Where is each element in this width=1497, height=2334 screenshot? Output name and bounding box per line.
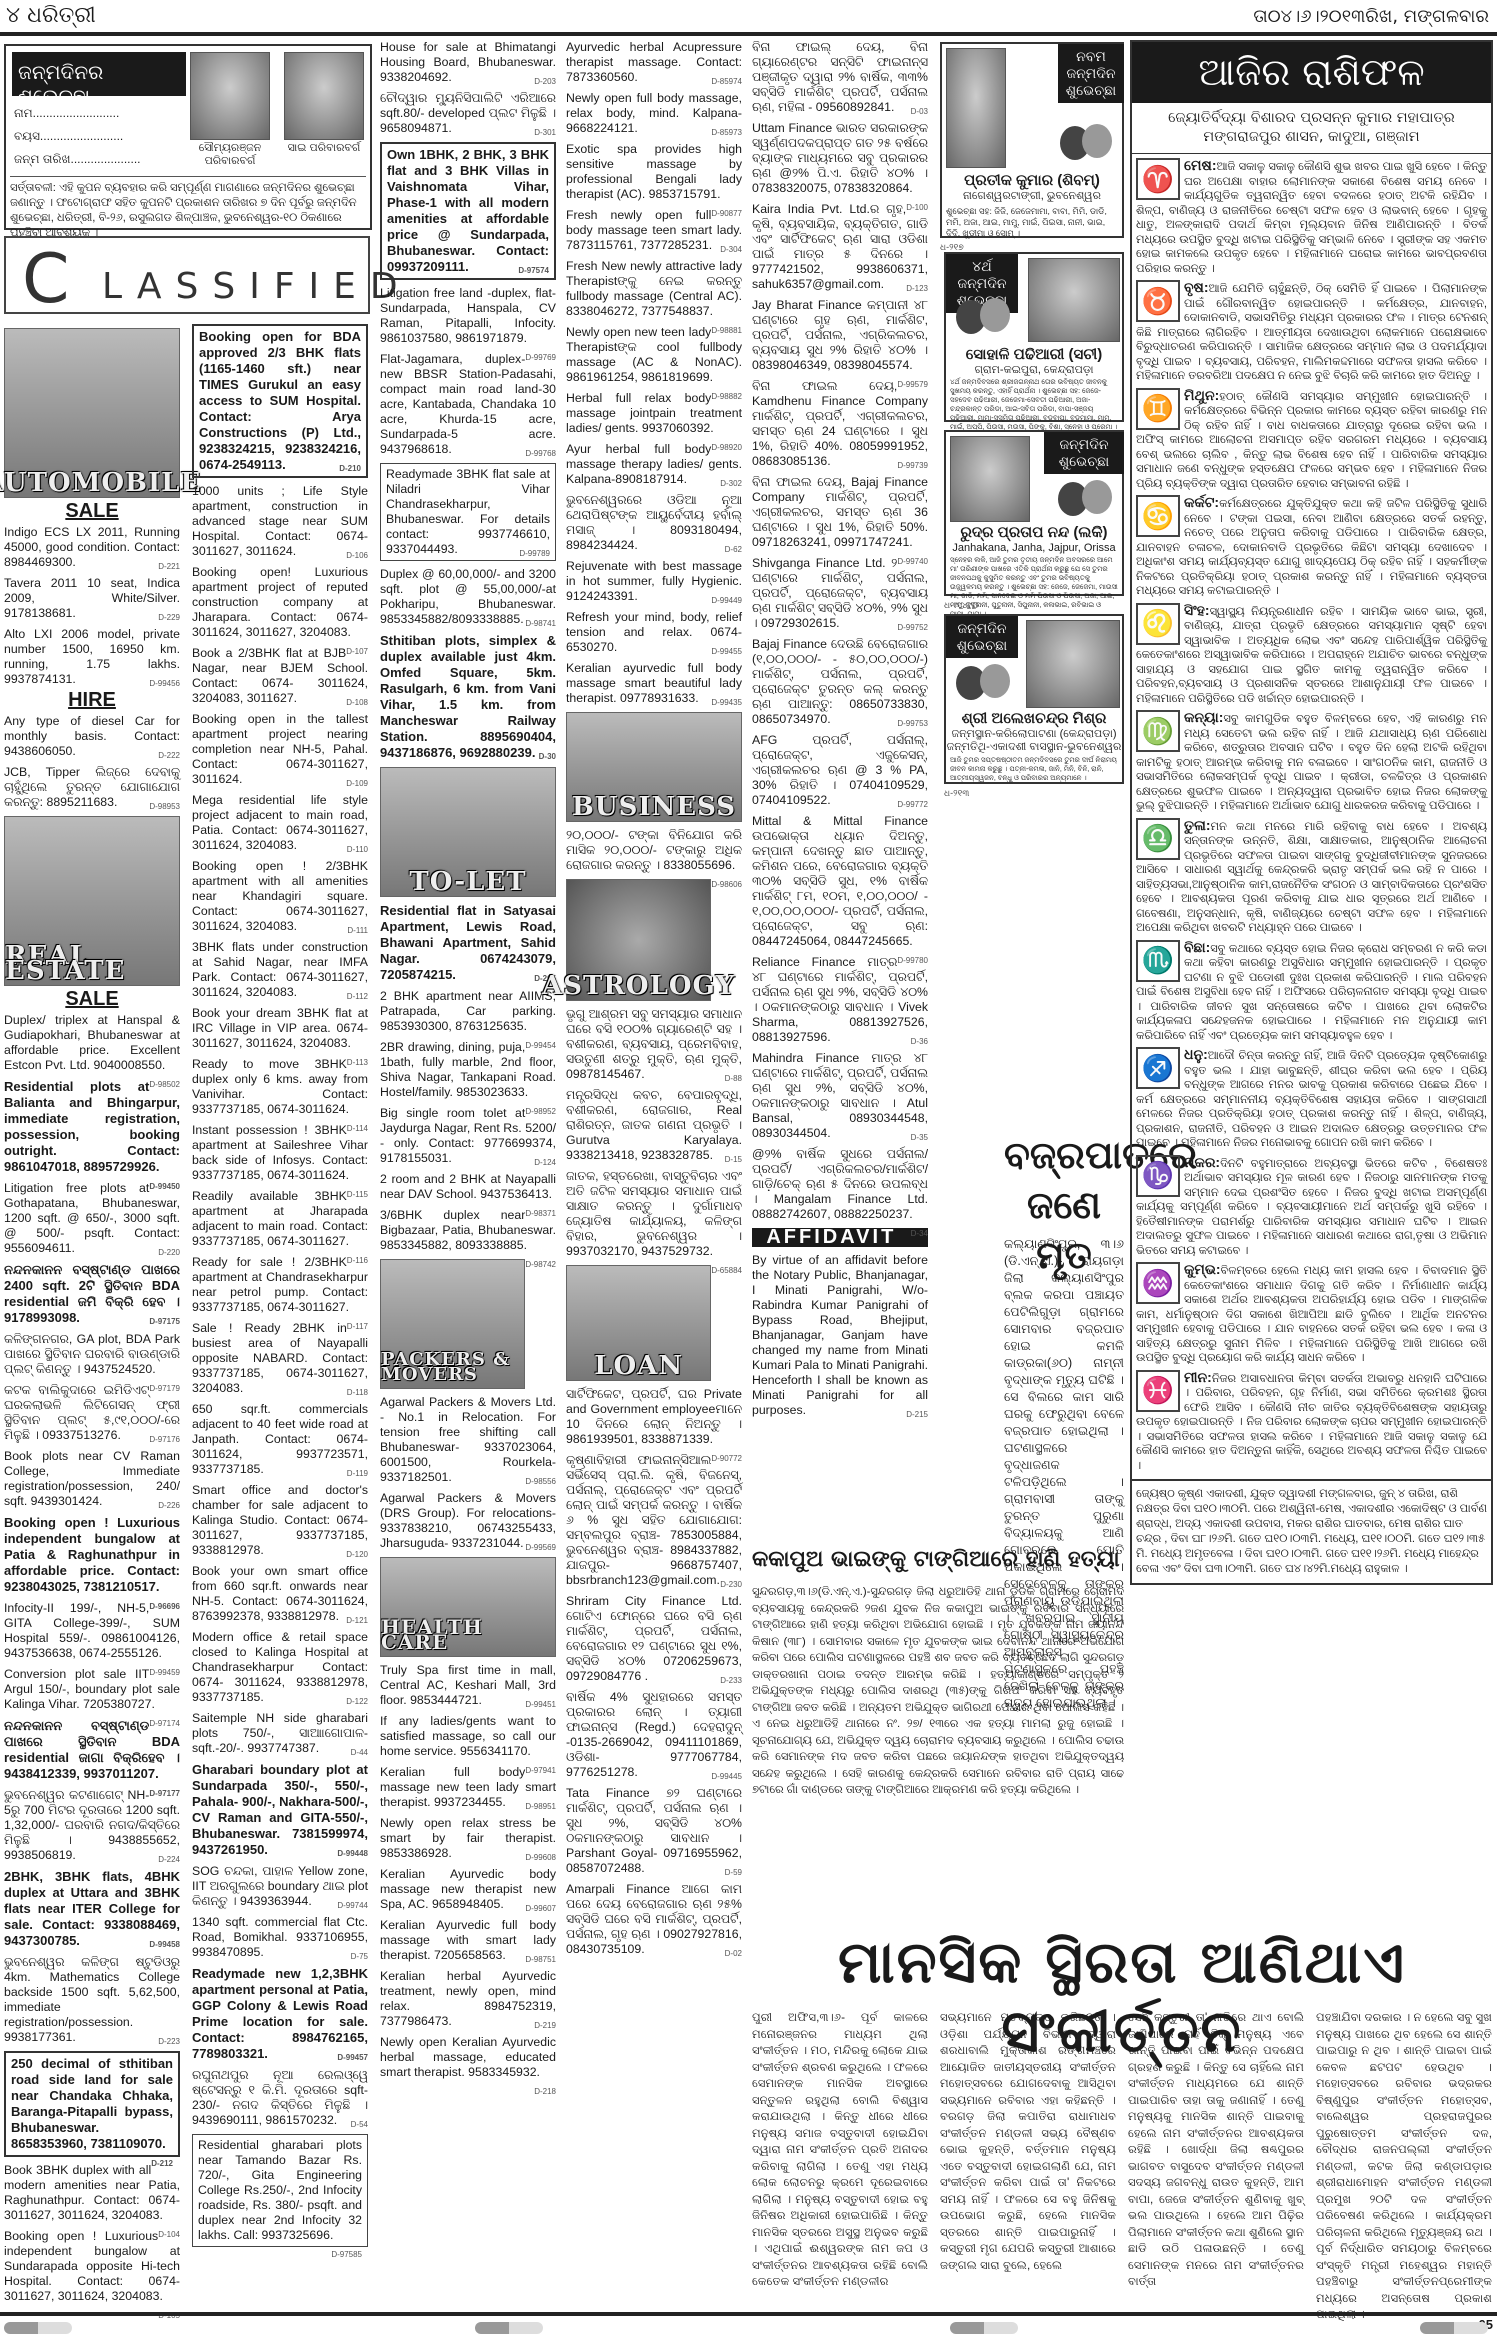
ad-code: D-123	[906, 281, 928, 296]
affidavit-notice: By virtue of an affidavit before the Not…	[752, 1253, 928, 1418]
classified-ad: Tata Finance ୭୨ ଘଣ୍ଟାରେ ମାର୍କଶିଟ୍, ପ୍ରପର…	[566, 1786, 742, 1876]
classified-ad: Residential plots at Balianta and Bhinga…	[4, 1079, 180, 1175]
ad-code: D-121	[346, 1613, 368, 1628]
packers-label: PACKERS & MOVERS	[381, 1352, 524, 1388]
balloon-icon	[980, 298, 1010, 332]
classified-ad: କଳିଙ୍ଗନଗର, GA plot, BDA Park ପାଖରେ ସ୍ଥିତ…	[4, 1332, 180, 1377]
ad-code: D-90877	[711, 206, 742, 221]
leo-icon: ♌	[1136, 603, 1180, 645]
birthday-coupon: ଜନ୍ମଦିନର ଶୁଭେଚ୍ଛା ନାମ...................…	[4, 44, 372, 230]
sign-name: ସିଂହ:	[1184, 602, 1210, 618]
wish-card-4: ଜନ୍ମଦିନ ଶୁଭେଚ୍ଛା ଶ୍ରୀ ଅଲେଖଚନ୍ଦ୍ର ମିଶ୍ର ଜ…	[944, 614, 1124, 784]
wish-photo-1	[946, 48, 1006, 168]
classified-ad: Duplex/ triplex at Hanspal & Gudiapokhar…	[4, 1013, 180, 1073]
news-column: ପହଞ୍ଚାଯିବା ଦରକାର । ନ ହେଲେ ସବୁ ସୁଖ ମନୁଷ୍ୟ…	[1316, 2010, 1492, 2324]
sign-name: କୁମ୍ଭ:	[1184, 1261, 1221, 1277]
ad-code: D-117	[347, 1319, 368, 1334]
wish-name-3: ରୁଦ୍ର ପ୍ରତାପ ନନ୍ଦ (ଲକି)	[946, 524, 1122, 541]
ad-code: D-109	[346, 776, 368, 791]
ad-code: D-65884	[711, 1263, 742, 1278]
classified-ad: Alto LXI 2006 model, private number 1500…	[4, 627, 180, 687]
classified-ad: ବିନା ଫାଇଲ୍ ଦେୟ, ବିନା ଗ୍ୟାରେଣ୍ଟର ସନ୍‌ସିଟି…	[752, 40, 928, 115]
ad-code: D-218	[534, 2084, 556, 2099]
classified-ad: Litigation free land -duplex, flat-Sunda…	[380, 286, 556, 346]
column-automobile-realestate: AUTOMOBILE SALE Indigo ECS LX 2011, Runn…	[4, 324, 180, 2323]
footer-tab-decoration	[475, 2322, 543, 2334]
ad-code: D-229	[158, 610, 180, 625]
classified-ad: Mega residential life style project adja…	[192, 793, 368, 853]
classified-ad: Keralian Ayurvedic full body massage wit…	[380, 1918, 556, 1963]
ad-code: D-98742	[525, 1257, 556, 1272]
coupon-title: ଜନ୍ମଦିନର ଶୁଭେଚ୍ଛା	[12, 52, 186, 96]
ad-code: D-99456	[149, 676, 180, 691]
classified-ad: Booking open ! 2/3BHK apartment with all…	[192, 859, 368, 934]
column-finance: ବିନା ଫାଇଲ୍ ଦେୟ, ବିନା ଗ୍ୟାରେଣ୍ଟର ସନ୍‌ସିଟି…	[752, 40, 928, 1424]
ad-code: D-98741	[525, 616, 556, 631]
classified-ad: Book plots near CV Raman College, Immedi…	[4, 1449, 180, 1509]
ad-code: D-98952	[525, 1104, 556, 1119]
ad-code: D-104	[158, 2227, 180, 2242]
column-tolet-packers-health: House for sale at Bhimatangi Housing Boa…	[380, 40, 556, 2099]
sign-name: ମେଷ:	[1184, 157, 1216, 173]
classified-ad: Newly open relax stress be smart by fair…	[380, 1816, 556, 1861]
horoscope-sign: ♑ମକର:ଦିନଟି ବହୁମାତ୍ରାରେ ଅବ୍ୟବସ୍ଥା ଭିତରେ କ…	[1132, 1155, 1491, 1259]
classified-ad: Book your dream 3BHK flat at IRC Village…	[192, 1006, 368, 1051]
capricorn-icon: ♑	[1136, 1155, 1180, 1197]
wish-tag-3: ଜନ୍ମଦିନ ଶୁଭେଚ୍ଛା	[1044, 432, 1124, 474]
ad-code: D-301	[534, 125, 556, 140]
classified-ad: Exotic spa provides high sensitive massa…	[566, 142, 742, 202]
horoscope-sign: ♌ସିଂହ:ସ୍ୱାସ୍ଥ୍ୟ ନିୟନ୍ତ୍ରଣାଧୀନ ରହିବ । ସାମ…	[1132, 603, 1491, 707]
classified-ad: ମନ୍ତ୍ରସିଦ୍ଧ କବଚ, ବେପାରବୃଦ୍ଧି, ବଶୀକରଣ, ରୋ…	[566, 1088, 742, 1163]
news-column: ସେହି କସ୍ତୁରୀ ତା' ନାଭିରେ ଥାଏ ବୋଲି ଜାଣିପାର…	[1128, 2010, 1304, 2324]
classified-ad: Keralian ayurvedic full body massage sma…	[566, 661, 742, 706]
ad-code: D-99451	[525, 1697, 556, 1712]
ad-code: D-96696	[149, 1599, 180, 1615]
ad-code: D-99753	[897, 716, 928, 731]
classified-ad: 250 decimal of sthitiban road side land …	[4, 2051, 180, 2157]
ad-code: D-15	[725, 1152, 742, 1167]
horoscope-sign: ♓ମୀନ:ନିଜର ଅସାବଧାନତା କିମ୍ବା ସତର୍କତା ଅଭାବର…	[1132, 1370, 1491, 1474]
virgo-icon: ♍	[1136, 710, 1180, 752]
healthcare-image: HEALTH CARE	[380, 1557, 556, 1657]
wish-address-4: ଜନ୍ମସ୍ଥାନ-କରିଲୋପାଟଣା (କେନ୍ଦ୍ରାପଡ଼ା) ଜନ୍ମ…	[946, 728, 1122, 754]
classified-ad: If any ladies/gents want to satisfied ma…	[380, 1714, 556, 1759]
wish-tag-4: ଜନ୍ମଦିନ ଶୁଭେଚ୍ଛା	[946, 616, 1018, 658]
wish-code-4: ଧ-୨୧୩	[944, 788, 969, 799]
classified-ad: Uttam Finance ଭାରତ ସରକାରଙ୍କ ସ୍ୱର୍ଣ୍ଣପଦକପ…	[752, 121, 928, 196]
scorpio-icon: ♏	[1136, 940, 1180, 982]
classified-ad: Bajaj Finance ଦେଉଛି ବେରୋଜଗାର (୧,୦୦,୦୦୦/-…	[752, 637, 928, 727]
classified-ad: Newly open full body massage, relax body…	[566, 91, 742, 136]
ad-code: D-119	[347, 1466, 368, 1481]
classified-ad: Readymade new 1,2,3BHK apartment persona…	[192, 1966, 368, 2062]
ad-code: D-30	[539, 749, 556, 765]
classified-ad: Amarpali Finance ଆଗେ କାମ ପରେ ଦେୟ ବେରୋଜଗା…	[566, 1882, 742, 1957]
footer-tab-decoration	[4, 2322, 72, 2334]
wish-address-2: ଗ୍ରାମ-କଇପୁରା, କେନ୍ଦ୍ରାପଡ଼ା	[946, 364, 1122, 377]
ad-code: D-02	[725, 1946, 742, 1961]
coupon-field-age: ବୟସ.........................	[14, 129, 123, 144]
ad-code: D-35	[911, 1130, 928, 1145]
classified-ad: ସାର୍ଟିଫିକେଟ, ପ୍ରପର୍ଟି, ଘର Private and Go…	[566, 1387, 742, 1447]
horoscope-byline: ଜ୍ୟୋତିର୍ବିଦ୍ୟା ବିଶାରଦ ପ୍ରସନ୍ନ କୁମାର ମହାପ…	[1132, 103, 1491, 154]
classified-logo-letter: C	[22, 240, 69, 319]
wish-note-4: ଆଜି ତୁମର ସପ୍ତଷଷ୍ଠୀତମ ଜନ୍ମଦିବସରେ ତୁମର ଦୀର…	[950, 756, 1118, 783]
wish-tag-1: ନବମ ଜନ୍ମଦିନ ଶୁଭେଚ୍ଛା	[1058, 44, 1124, 103]
classified-ad: Residential flat in Satyasai Apartment, …	[380, 903, 556, 983]
ad-code: D-98371	[525, 1206, 556, 1221]
page-label: ୪ ଧରିତ୍ରୀ	[6, 3, 96, 28]
classified-ad: ନନ୍ଦନକାନନ ବସ୍‌ଷ୍ଟାଣ୍ଡ ପାଖରେ 2400 sqft. 2…	[4, 1262, 180, 1326]
classified-ad: Tavera 2011 10 seat, Indica 2009, White/…	[4, 576, 180, 621]
news-column: ସଭ୍ୟମାନେ ମତବ୍ୟକ୍ତ କରିଛନ୍ତି । ଓଡ଼ିଶା ପର୍ଯ…	[940, 2010, 1116, 2324]
child-photo-2	[284, 52, 364, 140]
ad-code: D-97574	[518, 263, 549, 279]
ad-code: D-124	[534, 1155, 556, 1170]
ad-code: D-99435	[711, 695, 742, 710]
wish-card-3: ଜନ୍ମଦିନ ଶୁଭେଚ୍ଛା ରୁଦ୍ର ପ୍ରତାପ ନନ୍ଦ (ଲକି)…	[944, 430, 1124, 596]
ad-code: D-59	[725, 1865, 742, 1880]
classified-ad: Fresh New newly attractive lady Therapis…	[566, 259, 742, 319]
ad-code: D-99445	[711, 1769, 742, 1784]
classified-ad: @୨% ବାର୍ଷିକ ସୁଧରେ ପର୍ସନାଲ/ପ୍ରପର୍ଟି/ ଏଗ୍ର…	[752, 1147, 928, 1222]
horoscope-sign: ♋କର୍କଟ:କର୍ମକ୍ଷେତ୍ରରେ ଯୁକ୍ତିଯୁକ୍ତ କଥା କହି…	[1132, 495, 1491, 599]
child-photo-1	[190, 52, 270, 140]
classified-ad: 1000 units ; Life Style apartment, const…	[192, 484, 368, 559]
taurus-icon: ♉	[1136, 280, 1180, 322]
aries-icon: ♈	[1136, 158, 1180, 200]
classified-ad: ରଘୁନାଥପୁର ନୂଆ ରେଲଓ୍ୱେ ଷ୍ଟେସନ୍‌ରୁ ୧ କି.ମି…	[192, 2068, 368, 2128]
classified-ad: Book 3BHK duplex with all modern ameniti…	[4, 2163, 180, 2223]
classified-ad: Indigo ECS LX 2011, Running 45000, good …	[4, 525, 180, 570]
packers-image: PACKERS & MOVERS	[380, 1259, 525, 1389]
cancer-icon: ♋	[1136, 495, 1180, 537]
pisces-icon: ♓	[1136, 1370, 1180, 1412]
classified-ad: Book a 2/3BHK flat at BJB Nagar, near BJ…	[192, 646, 368, 706]
classified-ad: ଚୌଦ୍ୱାର ମ୍ୟୁନିସିପାଲିଟି ଏରିଆରେ sqft.80/- …	[380, 91, 556, 136]
ad-code: D-98882	[711, 389, 742, 404]
ad-code: D-98556	[525, 1474, 556, 1489]
sign-name: କନ୍ୟା:	[1184, 709, 1223, 725]
ad-code: D-99459	[149, 1665, 180, 1680]
header-rule	[0, 32, 1497, 36]
classified-ad: Jay Bharat Finance କମ୍ପାନୀ ୪୮ ଘଣ୍ଟାରେ ଗୃ…	[752, 298, 928, 373]
section-heading-sale: SALE	[4, 504, 180, 519]
classified-ad: ଭୁବନେଶ୍ୱରରେ ଓଡିଆ ନୂଆ ଥେରାପିଷ୍ଟଙ୍କ ଆୟୁର୍ବ…	[566, 493, 742, 553]
horoscope-sign: ♏ବିଛା:ସବୁ କଥାରେ ବ୍ୟସ୍ତ ହୋଇ ନିଜର କ୍ରୋଧ ସମ…	[1132, 940, 1491, 1044]
section-heading-hire: HIRE	[4, 693, 180, 708]
classified-ad: ଜାତକ, ହସ୍ତରେଖା, ବାସ୍ତୁବିଚାର ଏବଂ ଅତି ଜଟିଳ…	[566, 1169, 742, 1259]
libra-icon: ♎	[1136, 818, 1180, 860]
classified-ad: ବାର୍ଷିକ 4% ସୁଧହାରରେ ସମସ୍ତ ପ୍ରକାରର ଲୋନ୍ ।…	[566, 1690, 742, 1780]
classified-ad: ବିନା ଫାଇଲ ଦେୟ, Bajaj Finance Company ମାର…	[752, 475, 928, 550]
classified-ad: Any type of diesel Car for monthly basis…	[4, 714, 180, 759]
balloon-icon	[1082, 124, 1112, 158]
ad-code: D-302	[720, 476, 742, 491]
classified-ad: Booking open for BDA approved 2/3 BHK fl…	[192, 324, 368, 478]
classified-ad: Sale ! Ready 2BHK in busiest area of Nay…	[192, 1321, 368, 1396]
classified-ad: Reliance Finance ମାତ୍ର ୪୮ ଘଣ୍ଟାରେ ମାର୍କଶ…	[752, 955, 928, 1045]
column-health-business-astrology-loan: Ayurvedic herbal Acupressure therapist m…	[566, 40, 742, 1963]
ad-code: D-203	[534, 74, 556, 89]
business-label: BUSINESS	[572, 800, 736, 821]
ad-code: D-107	[346, 644, 368, 659]
classified-ad: Refresh your mind, body, relief tension …	[566, 610, 742, 655]
footer-rule	[0, 2312, 1497, 2316]
classified-ad: Saitemple NH side gharabari plots 750/-,…	[192, 1711, 368, 1756]
ad-code: D-98502	[149, 1077, 180, 1092]
horoscope-sign: ♈ମେଷ:ଆଜି ସକାଳୁ ସକାଳୁ କୌଣସି ଶୁଭ ଖବର ପାଇ ଖ…	[1132, 158, 1491, 276]
section-heading-realestate-sale: SALE	[4, 992, 180, 1007]
ad-code: D-116	[347, 1253, 368, 1268]
classified-ad: 2 room and 2 BHK at Nayapalli near DAV S…	[380, 1172, 556, 1202]
sagittarius-icon: ♐	[1136, 1047, 1180, 1089]
gemini-icon: ♊	[1136, 388, 1180, 430]
ad-code: D-210	[339, 461, 361, 477]
ad-code: D-99780	[897, 953, 928, 968]
ad-code: D-44	[351, 1745, 368, 1760]
classified-ad: Shriram City Finance Ltd. ଗୋଟିଏ ଫୋନ୍‌ରେ …	[566, 1594, 742, 1684]
ad-code: D-03	[911, 104, 928, 119]
wish-code-3: ଧ-୯୯୪୯୦	[944, 600, 979, 611]
ad-code: D-99789	[519, 546, 550, 561]
news-murder-body: ସୁନ୍ଦରଗଡ଼,୩।୬(ଡି.ଏନ୍.ଏ.)-ସୁନ୍ଦରଗଡ଼ ଜିଲା …	[752, 1584, 1124, 1799]
healthcare-label: HEALTH CARE	[381, 1620, 555, 1656]
classified-ad: Agarwal Packers & Movers (DRS Group). Fo…	[380, 1491, 556, 1551]
ad-code: D-233	[720, 1673, 742, 1688]
classified-ad: Readymade 3BHK flat sale at Niladri Viha…	[380, 463, 556, 561]
footer-tab-decoration	[950, 2322, 1018, 2334]
classified-ad: AFG ପ୍ରପର୍ଟି, ପର୍ସନାଲ୍, ପ୍ରୋଜେକ୍ଟ, ଏଜୁକେ…	[752, 733, 928, 808]
astrology-image: ASTROLOGY	[566, 879, 711, 1001]
column-property-listings: Booking open for BDA approved 2/3 BHK fl…	[192, 324, 368, 2262]
ad-code: D-99450	[149, 1179, 180, 1195]
ad-code: D-230	[720, 1577, 742, 1592]
ad-code: D-36	[911, 1034, 928, 1049]
automobile-label: AUTOMOBILE	[0, 476, 201, 497]
horoscope-sign: ♒କୁମ୍ଭ:ବିଳମ୍ବରେ ହେଲେ ମଧ୍ୟ କାମ ହାସଲ ହେବ ।…	[1132, 1262, 1491, 1366]
ad-code: D-212	[151, 2156, 173, 2172]
classified-ad: Sthitiban plots, simplex & duplex availa…	[380, 633, 556, 761]
ad-code: D-115	[347, 1187, 368, 1202]
ad-code: D-222	[158, 748, 180, 763]
sign-name: ବୃଷ:	[1184, 279, 1209, 295]
photo-caption-1: ସୌମ୍ୟରଞ୍ଜନ ପରିବାରବର୍ଗ	[189, 142, 271, 168]
wish-card-1: ନବମ ଜନ୍ମଦିନ ଶୁଭେଚ୍ଛା ପ୍ରତୀକ କୁମାର (ଶିବମ୍…	[940, 42, 1124, 238]
classified-ad: Booking open ! Luxurious independent bun…	[4, 1515, 180, 1595]
wish-note-1: ଶୁଭେଚ୍ଛା ସହ: ଜିଜି, ଜେଜେମାମା, ବାବା, ମିମି,…	[946, 206, 1118, 239]
business-image: BUSINESS	[566, 712, 742, 822]
ad-code: D-99768	[525, 446, 556, 461]
classified-ad: Booking open in the tallest apartment pr…	[192, 712, 368, 787]
coupon-terms: ସର୍ତ୍ତାବଳୀ: ଏହି କୁପନ ବ୍ୟବହାର କରି ସମ୍ପୂର୍…	[10, 176, 366, 241]
horoscope-sign: ♎ତୁଳା:ମନ କଥା ମନରେ ମାରି ରହିବାକୁ ବାଧ ହେବେ …	[1132, 818, 1491, 936]
classified-ad: Residential gharabari plots near Tamando…	[192, 2134, 368, 2247]
ad-code: D-99740	[897, 554, 928, 569]
classified-ad: Keralian Ayurvedic body massage new ther…	[380, 1867, 556, 1912]
classified-ad: Readily available 3BHK apartment at Jhar…	[192, 1189, 368, 1249]
classified-ad: Kaira India Pvt. Ltd.ର ଗୃହ, କୃଷି, ବ୍ୟବସା…	[752, 202, 928, 292]
loan-image: LOAN	[566, 1265, 711, 1381]
ad-code: D-90772	[711, 1451, 742, 1466]
sign-name: ଧନୁ:	[1184, 1046, 1208, 1062]
classified-ad: 2BHK, 3BHK flats, 4BHK duplex at Uttara …	[4, 1869, 180, 1949]
horoscope-title: ଆଜିର ରାଶିଫଳ	[1132, 42, 1491, 103]
classified-ad: କୃଷ୍ଣାବିହାରୀ ଫାଇନାନ୍ସିଆଲ ସର୍ଭିସେସ୍ ପ୍ରା.…	[566, 1453, 742, 1588]
classified-banner: C LASSIFIED	[4, 236, 370, 314]
ad-code: D-34	[911, 1226, 928, 1241]
ad-code: D-97179	[149, 1381, 180, 1396]
sign-name: ବିଛା:	[1184, 939, 1210, 955]
panchang-text: ଜ୍ୟେଷ୍ଠ କୃଷ୍ଣ ଏକାଦଶୀ, ଯୁକ୍ତ ଦ୍ୱାଦଶୀ ମଙ୍ଗ…	[1132, 1479, 1491, 1583]
ad-code: D-223	[158, 2034, 180, 2049]
issue-date: ତା୦୪।୬।୨୦୧୩ରିଖ, ମଙ୍ଗଳବାର	[1253, 6, 1489, 27]
loan-label: LOAN	[594, 1359, 683, 1380]
classified-ad: Duplex @ 60,00,000/- and 3200 sqft. plot…	[380, 567, 556, 627]
wish-note-2: ୪ର୍ଥ ଜନ୍ମଦିବସରେ ଶ୍ରୀଜଗନ୍ନାଥ ତୋର ଭବିଷ୍ୟତ …	[950, 378, 1118, 432]
ad-code: D-112	[347, 989, 368, 1004]
ad-code: D-221	[158, 559, 180, 574]
tolet-image: TO-LET	[380, 767, 556, 897]
ad-code: D-99772	[897, 797, 928, 812]
classified-ad: 3BHK flats under construction at Sahid N…	[192, 940, 368, 1000]
ad-code: D-99457	[337, 2050, 368, 2066]
ad-code: D-220	[158, 1245, 180, 1260]
classified-ad: 2 BHK apartment near AIIMS, Patrapada, C…	[380, 989, 556, 1034]
wish-address-3: Janhakana, Janha, Jajpur, Orissa	[946, 542, 1122, 554]
ad-code: D-62	[725, 542, 742, 557]
horoscope-sign: ♊ମିଥୁନ:ହଠାତ୍ କୌଣସି ସମସ୍ୟାର ସମ୍ମୁଖୀନ ହୋଇପ…	[1132, 388, 1491, 492]
ad-code: D-97174	[149, 1716, 180, 1731]
ad-code: D-99752	[897, 620, 928, 635]
classified-ad: Agarwal Packers & Movers Ltd. - No.1 in …	[380, 1395, 556, 1485]
wish-photo-3	[950, 436, 1030, 522]
ad-code: D-111	[347, 923, 368, 938]
ad-code: D-98920	[711, 440, 742, 455]
news-murder-headline: କକାପୁଅ ଭାଇଙ୍କୁ ଟାଙ୍ଗିଆରେ ହାଣି ହତ୍ୟା	[752, 1547, 1124, 1572]
ad-code: D-98953	[149, 799, 180, 814]
classified-ad: Booking open! Luxurious apartment projec…	[192, 565, 368, 640]
wish-photo-4	[1026, 620, 1120, 708]
horoscope-sign: ♍କନ୍ୟା:ସବୁ କାମଗୁଡିକ ବହୁତ ବିଳମ୍ବରେ ହେବ, ଏ…	[1132, 710, 1491, 814]
news-column: ପୁରୀ ଅଫିସ,୩।୬- ପୂର୍ବ କାଳରେ ମନୋରଞ୍ଜନର ମାଧ…	[752, 2010, 928, 2324]
real-estate-label: REAL ESTATE	[5, 949, 179, 985]
sign-name: ମୀନ:	[1184, 1369, 1212, 1385]
ad-code: D-99579	[897, 377, 928, 392]
ad-code: D-219	[534, 2018, 556, 2033]
astrology-label: ASTROLOGY	[542, 979, 735, 1000]
classified-ad: ଭୃଗୁ ଆଶ୍ରମ ସବୁ ସମସ୍ୟାର ସମାଧାନ ଘରେ ବସି ୧୦…	[566, 1007, 742, 1082]
horoscope-sign: ♉ବୃଷ:ଆଜି ଯେମିତି ଚାହୁଁଛନ୍ତି, ଠିକ୍ ସେମିତି …	[1132, 280, 1491, 384]
classified-ad: Ready to move 3BHK duplex only 6 kms. aw…	[192, 1057, 368, 1117]
sign-name: କର୍କଟ:	[1184, 494, 1219, 510]
real-estate-image: REAL ESTATE	[4, 816, 180, 986]
classified-ad: Own 1BHK, 2 BHK, 3 BHK flat and 3 BHK Vi…	[380, 142, 556, 280]
ad-code: D-97177	[149, 1786, 180, 1802]
wish-name-1: ପ୍ରତୀକ କୁମାର (ଶିବମ୍)	[942, 172, 1122, 189]
ad-code: D-97941	[525, 1763, 556, 1778]
ad-code: D-88	[725, 1071, 742, 1086]
automobile-image: AUTOMOBILE	[4, 328, 180, 498]
wish-card-2: ୪ର୍ଥ ଜନ୍ମଦିନ ଶୁଭେଚ୍ଛା ସୋହାଳି ପଢିଆରୀ (ସଚୀ…	[944, 252, 1124, 422]
ad-code: D-54	[351, 2117, 368, 2132]
ad-code: D-100	[906, 200, 928, 215]
wish-address-1: ନାଗେଶ୍ୱରଟାଙ୍ଗୀ, ଭୁବନେଶ୍ୱର	[942, 190, 1122, 203]
wish-name-2: ସୋହାଳି ପଢିଆରୀ (ସଚୀ)	[946, 346, 1122, 363]
classified-ad: Mahindra Finance ମାତ୍ର ୪୮ ଘଣ୍ଟାରେ ମାର୍କଶ…	[752, 1051, 928, 1141]
ad-code: D-98951	[525, 1799, 556, 1814]
wish-name-4: ଶ୍ରୀ ଅଲେଖଚନ୍ଦ୍ର ମିଶ୍ର	[946, 710, 1122, 727]
affidavit-heading: AFFIDAVIT	[752, 1228, 928, 1247]
tolet-label: TO-LET	[409, 875, 526, 896]
classified-ad: JCB, Tipper ଲିଜ୍‌ରେ ଦେବାକୁ ଚାହୁଁଥିଲେ ତୁର…	[4, 765, 180, 810]
ad-code: D-224	[158, 1852, 180, 1867]
ad-code: D-122	[346, 1694, 368, 1709]
ad-code: D-97176	[149, 1432, 180, 1447]
aquarius-icon: ♒	[1136, 1262, 1180, 1304]
classified-ad: Keralian herbal Ayurvedic treatment, new…	[380, 1969, 556, 2029]
ad-code: D-99769	[525, 350, 556, 365]
classified-ad: Smart office and doctor's chamber for sa…	[192, 1483, 368, 1558]
ad-code: D-98881	[711, 323, 742, 338]
ad-code: D-304	[720, 242, 742, 257]
page-header: ୪ ଧରିତ୍ରୀ ତା୦୪।୬।୨୦୧୩ରିଖ, ମଙ୍ଗଳବାର	[0, 0, 1497, 30]
classified-ad: Mittal & Mittal Finance ଉପଭୋକ୍ତା ଧ୍ୟାନ ଦ…	[752, 814, 928, 949]
ad-code: D-226	[158, 1498, 180, 1513]
classified-ad: Truly Spa first time in mall, Central AC…	[380, 1663, 556, 1708]
ad-code: D-85973	[711, 125, 742, 140]
ad-code: D-120	[346, 1547, 368, 1562]
sign-name: ତୁଳା:	[1184, 817, 1211, 833]
ad-code: D-114	[347, 1121, 368, 1136]
ad-code: D-98606	[711, 877, 742, 892]
ad-code: D-99744	[337, 1898, 368, 1913]
sign-name: ମକର:	[1184, 1154, 1220, 1170]
ad-code: D-99458	[149, 1937, 180, 1953]
ad-code: D-75	[351, 1949, 368, 1964]
classified-ad: SOG ଚନ୍ଦକା, ପାହାଳ Yellow zone, IIT ଅରଗୁଲ…	[192, 1864, 368, 1909]
classified-ad: Modern office & retail space closed to K…	[192, 1630, 368, 1705]
ad-code: D-99569	[525, 1540, 556, 1555]
ad-code: D-97175	[149, 1314, 180, 1330]
classified-ad: Instant possession ! 3BHK apartment at S…	[192, 1123, 368, 1183]
ad-code: D-99449	[711, 593, 742, 608]
classified-ad: 650 sqr.ft. commercials adjacent to 40 f…	[192, 1402, 368, 1477]
horoscope-box: ଆଜିର ରାଶିଫଳ ଜ୍ୟୋତିର୍ବିଦ୍ୟା ବିଶାରଦ ପ୍ରସନ୍…	[1130, 40, 1493, 1585]
coupon-field-dob: ଜନ୍ମ ତାରିଖ.....................	[14, 152, 141, 167]
classified-ad: Booking open ! Luxurious independent bun…	[4, 2229, 180, 2304]
classified-ad: 1340 sqft. commercial flat Ctc. Road, Bo…	[192, 1915, 368, 1960]
photo-caption-2: ସାଇ ପରିବାରବର୍ଗ	[283, 142, 365, 155]
ad-code: D-108	[346, 695, 368, 710]
classified-ad: ୨୦,୦୦୦/- ଟଙ୍କା ବିନିଯୋଗ କରି ମାସିକ ୨୦,୦୦୦/…	[566, 828, 742, 873]
sign-name: ମିଥୁନ:	[1184, 387, 1219, 403]
horoscope-sign: ♐ଧନୁ:ଆଦୌ ଚିନ୍ତା କରନ୍ତୁ ନାହିଁ, ଆଜି ଦିନଟି …	[1132, 1047, 1491, 1151]
ad-code: D-99448	[337, 1846, 368, 1862]
classified-ad: Book your own smart office from 660 sqr.…	[192, 1564, 368, 1624]
news-sankirtan-body: ପୁରୀ ଅଫିସ,୩।୬- ପୂର୍ବ କାଳରେ ମନୋରଞ୍ଜନର ମାଧ…	[752, 2010, 1492, 2324]
classified-ad: Newly open Keralian Ayurvedic herbal mas…	[380, 2035, 556, 2080]
classified-ad: Rejuvenate with best massage in hot summ…	[566, 559, 742, 604]
classified-ad: House for sale at Bhimatangi Housing Boa…	[380, 40, 556, 85]
classified-ad: ଭୁବନେଶ୍ୱର କଳିଙ୍ଗ ଷ୍ଟୁଡିଓରୁ 4km. Mathemat…	[4, 1955, 180, 2045]
ad-code: D-99608	[525, 1850, 556, 1865]
wish-photo-2	[1028, 258, 1120, 342]
ad-code: D-118	[347, 1385, 368, 1400]
ad-code: D-99454	[525, 1038, 556, 1053]
classified-ad: Flat-Jagamara, duplex-new BBSR Station-P…	[380, 352, 556, 457]
